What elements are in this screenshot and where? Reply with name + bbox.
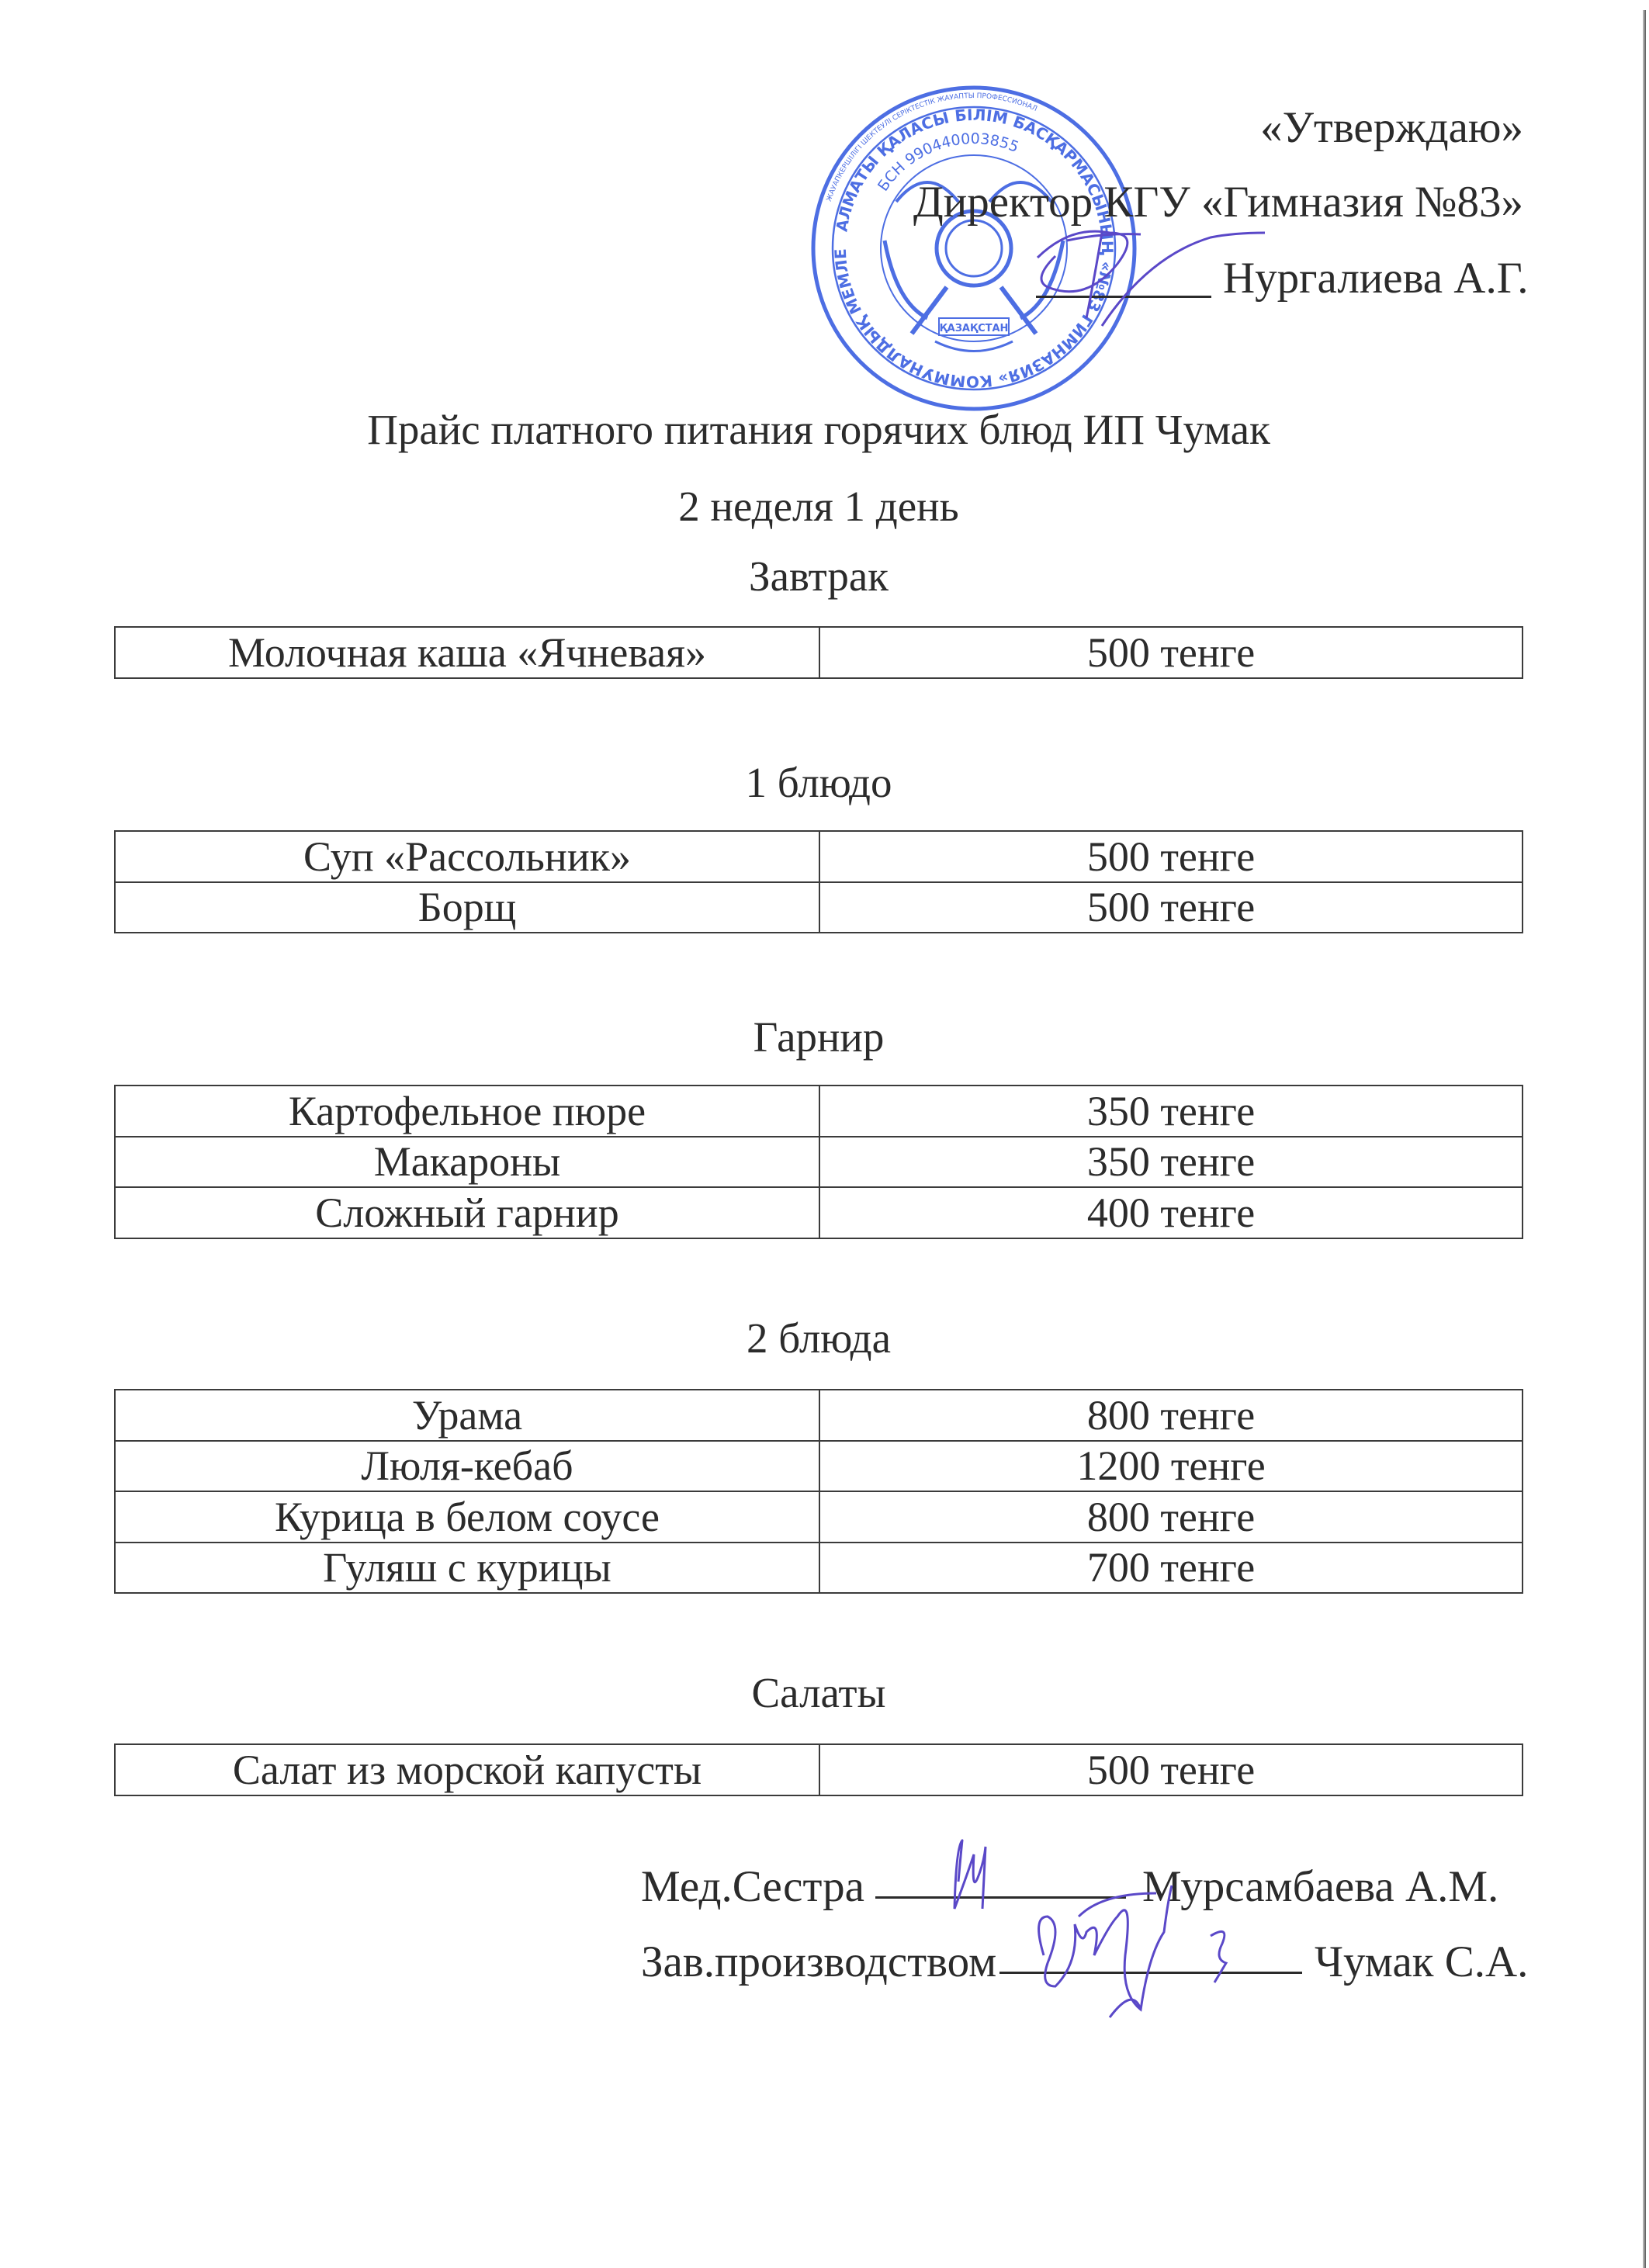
dish-name: Борщ — [115, 882, 819, 933]
dish-price: 500 тенге — [819, 627, 1523, 678]
dish-name: Гуляш с курицы — [115, 1543, 819, 1594]
nurse-name: Мурсамбаева А.М. — [1142, 1865, 1498, 1909]
document-title: Прайс платного питания горячих блюд ИП Ч… — [114, 408, 1523, 451]
section-heading-second-course: 2 блюда — [114, 1317, 1523, 1359]
dish-name: Курица в белом соусе — [115, 1491, 819, 1543]
section-heading-salads: Салаты — [114, 1671, 1523, 1714]
price-table-first-course: Суп «Рассольник» 500 тенге Борщ 500 тенг… — [114, 830, 1523, 933]
page-edge — [1643, 10, 1646, 2268]
approval-position: Директор КГУ «Гимназия №83» — [913, 180, 1523, 224]
dish-name: Макароны — [115, 1137, 819, 1188]
section-heading-first-course: 1 блюдо — [114, 761, 1523, 804]
dish-name: Сложный гарнир — [115, 1187, 819, 1238]
table-row: Урама 800 тенге — [115, 1390, 1523, 1441]
production-head-role: Зав.производством — [641, 1940, 996, 1984]
section-heading-side-dish: Гарнир — [114, 1016, 1523, 1058]
production-head-name: Чумак С.А. — [1315, 1940, 1528, 1984]
director-name: Нургалиева А.Г. — [1223, 256, 1529, 300]
dish-price: 700 тенге — [819, 1543, 1523, 1594]
dish-price: 400 тенге — [819, 1187, 1523, 1238]
dish-price: 1200 тенге — [819, 1441, 1523, 1492]
document-subtitle: 2 неделя 1 день — [114, 485, 1523, 528]
table-row: Люля-кебаб 1200 тенге — [115, 1441, 1523, 1492]
dish-price: 800 тенге — [819, 1491, 1523, 1543]
table-row: Молочная каша «Ячневая» 500 тенге — [115, 627, 1523, 678]
price-table-breakfast: Молочная каша «Ячневая» 500 тенге — [114, 626, 1523, 679]
table-row: Борщ 500 тенге — [115, 882, 1523, 933]
dish-price: 500 тенге — [819, 1744, 1523, 1795]
dish-name: Молочная каша «Ячневая» — [115, 627, 819, 678]
nurse-signature-line — [875, 1896, 1126, 1899]
table-row: Сложный гарнир 400 тенге — [115, 1187, 1523, 1238]
dish-price: 350 тенге — [819, 1086, 1523, 1137]
price-table-side-dish: Картофельное пюре 350 тенге Макароны 350… — [114, 1085, 1523, 1239]
table-row: Гуляш с курицы 700 тенге — [115, 1543, 1523, 1594]
svg-text:ҚАЗАҚСТАН: ҚАЗАҚСТАН — [940, 323, 1009, 334]
table-row: Суп «Рассольник» 500 тенге — [115, 831, 1523, 882]
dish-price: 500 тенге — [819, 882, 1523, 933]
dish-name: Урама — [115, 1390, 819, 1441]
director-signature-line — [1036, 296, 1211, 298]
section-heading-breakfast: Завтрак — [114, 555, 1523, 597]
dish-name: Люля-кебаб — [115, 1441, 819, 1492]
approval-label: «Утверждаю» — [1260, 106, 1523, 150]
price-table-salads: Салат из морской капусты 500 тенге — [114, 1743, 1523, 1796]
table-row: Курица в белом соусе 800 тенге — [115, 1491, 1523, 1543]
table-row: Салат из морской капусты 500 тенге — [115, 1744, 1523, 1795]
table-row: Картофельное пюре 350 тенге — [115, 1086, 1523, 1137]
dish-price: 800 тенге — [819, 1390, 1523, 1441]
official-stamp: АЛМАТЫ ҚАЛАСЫ БІЛІМ БАСҚАРМАСЫНЫҢ «№83 Г… — [811, 85, 1137, 411]
dish-name: Суп «Рассольник» — [115, 831, 819, 882]
dish-name: Картофельное пюре — [115, 1086, 819, 1137]
dish-price: 500 тенге — [819, 831, 1523, 882]
dish-price: 350 тенге — [819, 1137, 1523, 1188]
price-table-second-course: Урама 800 тенге Люля-кебаб 1200 тенге Ку… — [114, 1389, 1523, 1594]
production-head-signature-line — [999, 1972, 1302, 1974]
dish-name: Салат из морской капусты — [115, 1744, 819, 1795]
table-row: Макароны 350 тенге — [115, 1137, 1523, 1188]
nurse-role: Мед.Сестра — [641, 1865, 864, 1909]
